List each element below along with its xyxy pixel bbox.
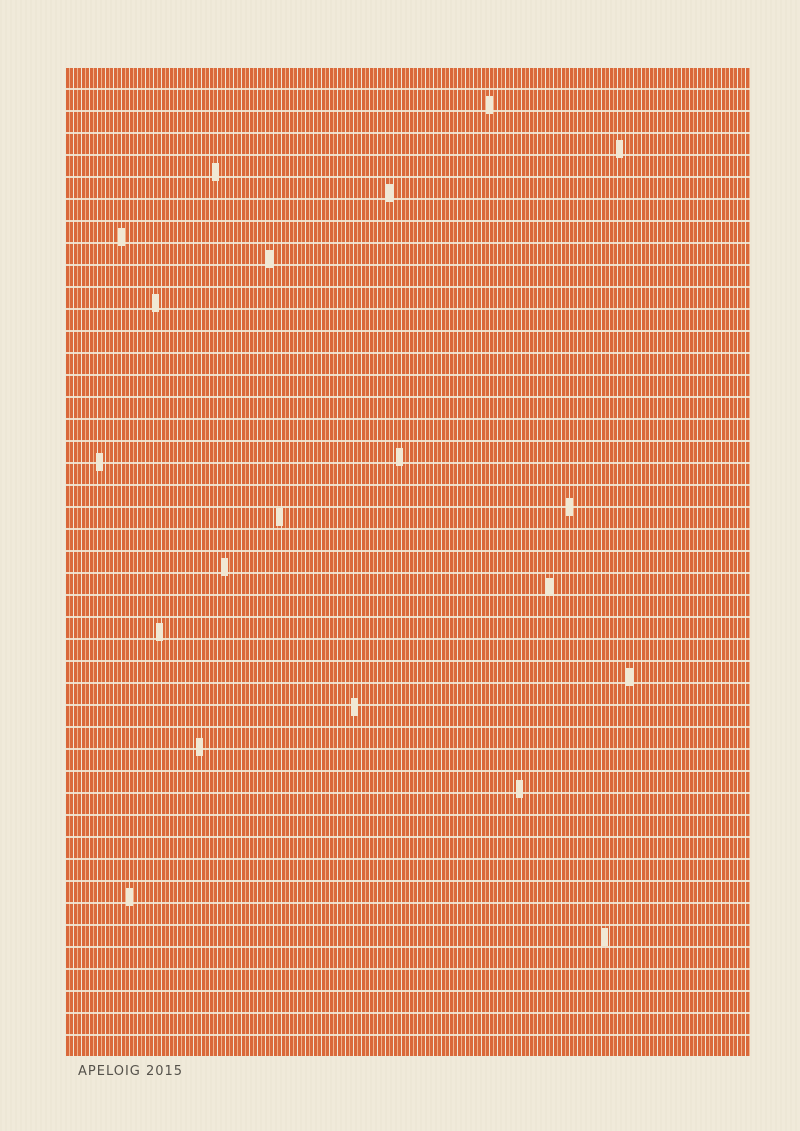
blank-gap (212, 163, 219, 181)
blank-gap (601, 928, 608, 946)
blank-gap (396, 448, 403, 466)
blank-gap (118, 228, 125, 246)
blank-gap (546, 578, 553, 596)
blank-gap (221, 558, 228, 576)
blank-gap (386, 184, 393, 202)
blank-gap (516, 780, 523, 798)
blank-gap (276, 508, 283, 526)
blank-gap (626, 668, 633, 686)
blank-gap (96, 453, 103, 471)
blank-gap (566, 498, 573, 516)
blank-gap (196, 738, 203, 756)
blank-gap (266, 250, 273, 268)
blank-gap (126, 888, 133, 906)
artist-signature: APELOIG 2015 (78, 1064, 183, 1079)
stroke-pattern-field (66, 68, 750, 1056)
blank-gap (152, 294, 159, 312)
blank-gap (486, 96, 493, 114)
blank-gap (616, 140, 623, 158)
blank-gap (156, 623, 163, 641)
blank-gap (351, 698, 358, 716)
row-gaps (66, 68, 750, 1056)
